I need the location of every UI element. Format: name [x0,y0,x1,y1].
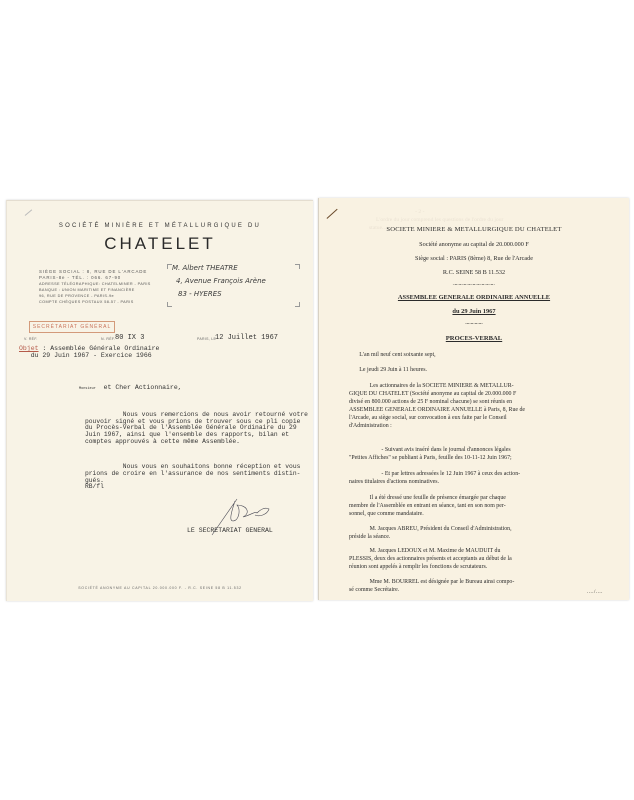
signatory: LE SECRETARIAT GENERAL [187,527,273,534]
company-detail-line: COMPTE CHÈQUES POSTAUX 58-57 - PARIS [39,299,145,305]
letter-paragraph: Nous vous en souhaitons bonne réception … [85,464,325,490]
address-line: 4, Avenue François Arène [172,275,302,288]
minutes-paragraph: Mme M. BOURREL est désignée par le Burea… [349,578,621,594]
meeting-title: ASSEMBLEE GENERALE ORDINAIRE ANNUELLE [319,294,629,301]
address-window-corner [295,302,300,307]
letter-body: Nous vous remercions de nous avoir retou… [85,399,325,504]
company-title: SOCIETE MINIERE & METALLURGIQUE DU CHATE… [319,226,629,233]
reference-row: V. RÉF. N. RÉF. 80 IX 3 PARIS, LE 12 Jui… [7,334,313,344]
minutes-paragraph: L'an mil neuf cent soixante sept, [349,351,621,359]
minutes-paragraph: Il a été dressé une feuille de présence … [349,494,621,518]
address-window-corner [167,302,172,307]
subject-text: : Assemblée Générale Ordinaire du 29 Jui… [19,345,159,359]
company-registration: R.C. SEINE 58 B 11.532 [319,269,629,276]
company-capital: Société anonyme au capital de 20.000.000… [319,241,629,248]
cover-letter-page: SOCIÉTÉ MINIÈRE ET MÉTALLURGIQUE DU CHAT… [6,200,313,601]
minutes-paragraph: Les actionnaires de la SOCIETE MINIERE &… [349,382,621,431]
letterhead-company-name: CHATELET [7,234,313,254]
our-ref-label: N. RÉF. [101,337,115,341]
divider: -=-=-=-=- [319,321,629,326]
minutes-page: - 2 - L'ordre du jour comprend les quest… [318,198,629,600]
company-seat: Siège social : PARIS (8ème) 8, Rue de l'… [319,255,629,262]
your-ref-label: V. RÉF. [24,337,38,341]
minutes-paragraph: M. Jacques LEDOUX et M. Maxime de MAUDUI… [349,547,621,571]
document-title: PROCES-VERBAL [319,335,629,342]
pencil-mark [25,209,33,216]
letterhead-company-line: SOCIÉTÉ MINIÈRE ET MÉTALLURGIQUE DU [7,223,313,229]
letter-paragraph: Nous vous remercions de nous avoir retou… [85,412,325,445]
letter-subject: Objet : Assemblée Générale Ordinaire du … [19,345,159,359]
letter-footer: SOCIÉTÉ ANONYME AU CAPITAL 20.000.000 F.… [7,586,313,590]
subject-label: Objet [19,345,39,352]
place-label: PARIS, LE [197,337,216,341]
minutes-paragraph: - Suivant avis inséré dans le journal d'… [349,446,621,462]
minutes-paragraph: - Et par lettres adressées le 12 Juin 19… [349,470,621,486]
meeting-date: du 29 Juin 1967 [319,308,629,315]
address-line: 83 - HYERES [172,288,302,301]
minutes-paragraph: M. Jacques ABREU, Président du Conseil d… [349,525,621,541]
company-details: SIÈGE SOCIAL : 8, RUE DE L'ARCADE PARIS-… [39,269,145,305]
divider: -=-=-=-=-=-=-=-=-=- [319,282,629,287]
minutes-paragraph: Le jeudi 29 Juin à 11 heures. [349,366,621,374]
our-ref-value: 80 IX 3 [115,334,144,342]
salutation: Monsieur et Cher Actionnaire, [79,384,182,391]
pen-mark [327,209,338,219]
address-line: M. Albert THEATRE [172,262,302,275]
salutation-text: et Cher Actionnaire, [104,384,182,391]
letter-date: 12 Juillet 1967 [215,334,278,342]
recipient-address: M. Albert THEATRE 4, Avenue François Arè… [172,262,302,301]
salutation-prefix: Monsieur [79,387,96,391]
continuation-mark: ..../.... [587,590,603,595]
department-stamp: SECRÉTARIAT GÉNÉRAL [29,321,115,333]
